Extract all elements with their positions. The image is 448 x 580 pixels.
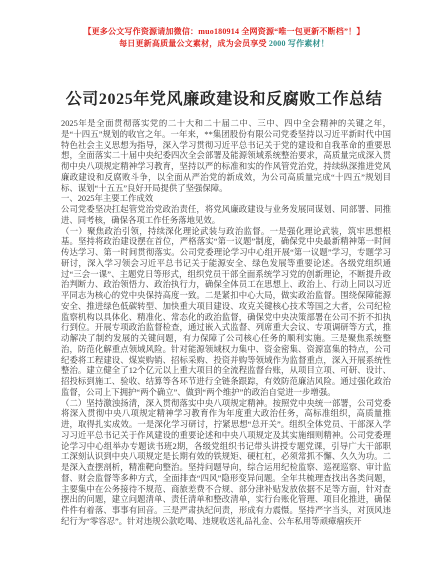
section-heading-1: 一、2025年主要工作成效 [61,194,391,205]
ad-banner-line-2-prefix: 每日更新高质量公文素材，成为会员享受 [119,39,269,48]
paragraph-section-lead: 公司党委坚决扛起管党治党政治责任，将党风廉政建设与业务发展同谋划、同部署、同推进… [61,205,391,227]
ad-banner-line-2: 每日更新高质量公文素材，成为会员享受 2000 写作素材！ [0,38,448,50]
paragraph-intro: 2025年是全面贯彻落实党的二十大和二十届二中、三中、四中全会精神的关键之年，是… [61,119,391,194]
document-body: 2025年是全面贯彻落实党的二十大和二十届二中、三中、四中全会精神的关键之年，是… [61,119,391,529]
ad-banner-line-2-suffix: 写作素材！ [286,39,329,48]
ad-banner-line-1: 【更多公文写作资源请加微信：muo180914 全网资源“唯一包更新不断档”！】 [0,26,448,38]
ad-banner-member-count: 2000 [269,39,286,48]
document-page: 【更多公文写作资源请加微信：muo180914 全网资源“唯一包更新不断档”！】… [0,0,448,580]
paragraph-item-2: （二）坚持激浊扬清，深入贯彻落实中央八项规定精神。按照党中央统一部署，公司党委将… [61,399,391,528]
ad-banner: 【更多公文写作资源请加微信：muo180914 全网资源“唯一包更新不断档”！】… [0,26,448,49]
paragraph-item-1: （一）聚焦政治引领，持续深化理论武装与政治监督。一是强化理论武装，筑牢思想根基。… [61,227,391,399]
document-title: 公司2025年党风廉政建设和反腐败工作总结 [0,86,448,109]
